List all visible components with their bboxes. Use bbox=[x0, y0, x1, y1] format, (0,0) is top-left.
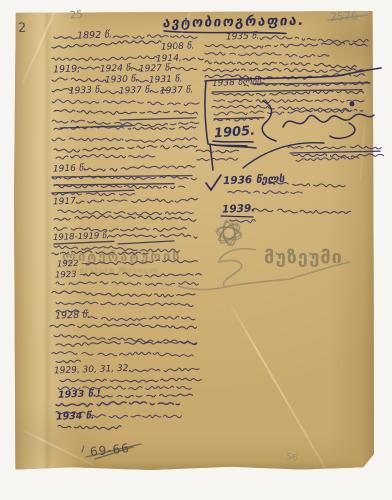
year-1919: 1919, bbox=[53, 65, 81, 75]
year-1917: 1917 bbox=[53, 198, 76, 208]
year-1938: 1938 წლის bbox=[212, 78, 262, 89]
underline-1905 bbox=[213, 141, 253, 146]
year-1930: 1930 წ. bbox=[105, 75, 139, 85]
page-number-pencil: 2 bbox=[18, 22, 27, 35]
year-1933-note: 1933 წ.! bbox=[58, 389, 101, 400]
underline-1939 bbox=[221, 216, 253, 217]
ink-blot bbox=[350, 102, 355, 107]
crossed-number-2576: 2576 bbox=[330, 10, 359, 22]
year-1918-1919: 1918-1919 წ. bbox=[53, 232, 109, 242]
year-1937-b: 1937 წ. bbox=[160, 86, 194, 96]
watermark-text-latin: Literature Museum bbox=[66, 266, 159, 275]
year-1936: 1936 წელს bbox=[223, 174, 285, 187]
year-1939: 1939. bbox=[222, 203, 256, 215]
year-1905: 1905. bbox=[214, 125, 256, 141]
watermark-text-right: მუზეუმი bbox=[264, 247, 343, 268]
year-1935: 1935 წ. bbox=[226, 32, 260, 42]
year-1934: 1934 წ. bbox=[56, 411, 95, 422]
bottom-right-number: 56 bbox=[285, 453, 298, 464]
curly-brace bbox=[262, 101, 276, 141]
pencil-tick bbox=[82, 446, 84, 452]
year-1931: 1931 წ. bbox=[149, 75, 183, 85]
signature-flourish bbox=[283, 114, 374, 138]
archival-document-photo: ავტობიოგრაფია. 1892 წ. 1908 წ. 1914, 191… bbox=[0, 0, 392, 500]
year-1924: 1924 წ. bbox=[100, 64, 134, 74]
watermark-text-left: ლიტერატურის bbox=[62, 250, 182, 265]
year-1933: 1933 წ. bbox=[69, 86, 103, 96]
top-center-number: 25 bbox=[70, 11, 83, 22]
year-1927: 1927 წ. bbox=[139, 64, 173, 74]
year-1928: 1928 წ. bbox=[55, 310, 90, 321]
year-1916: 1916 წ. bbox=[53, 164, 87, 174]
checkmark-1936 bbox=[206, 175, 221, 190]
flower-icon bbox=[215, 219, 243, 247]
year-1892: 1892 წ. bbox=[77, 30, 112, 41]
ink-annotations bbox=[164, 31, 381, 217]
year-1937-a: 1937 წ. bbox=[119, 86, 153, 96]
